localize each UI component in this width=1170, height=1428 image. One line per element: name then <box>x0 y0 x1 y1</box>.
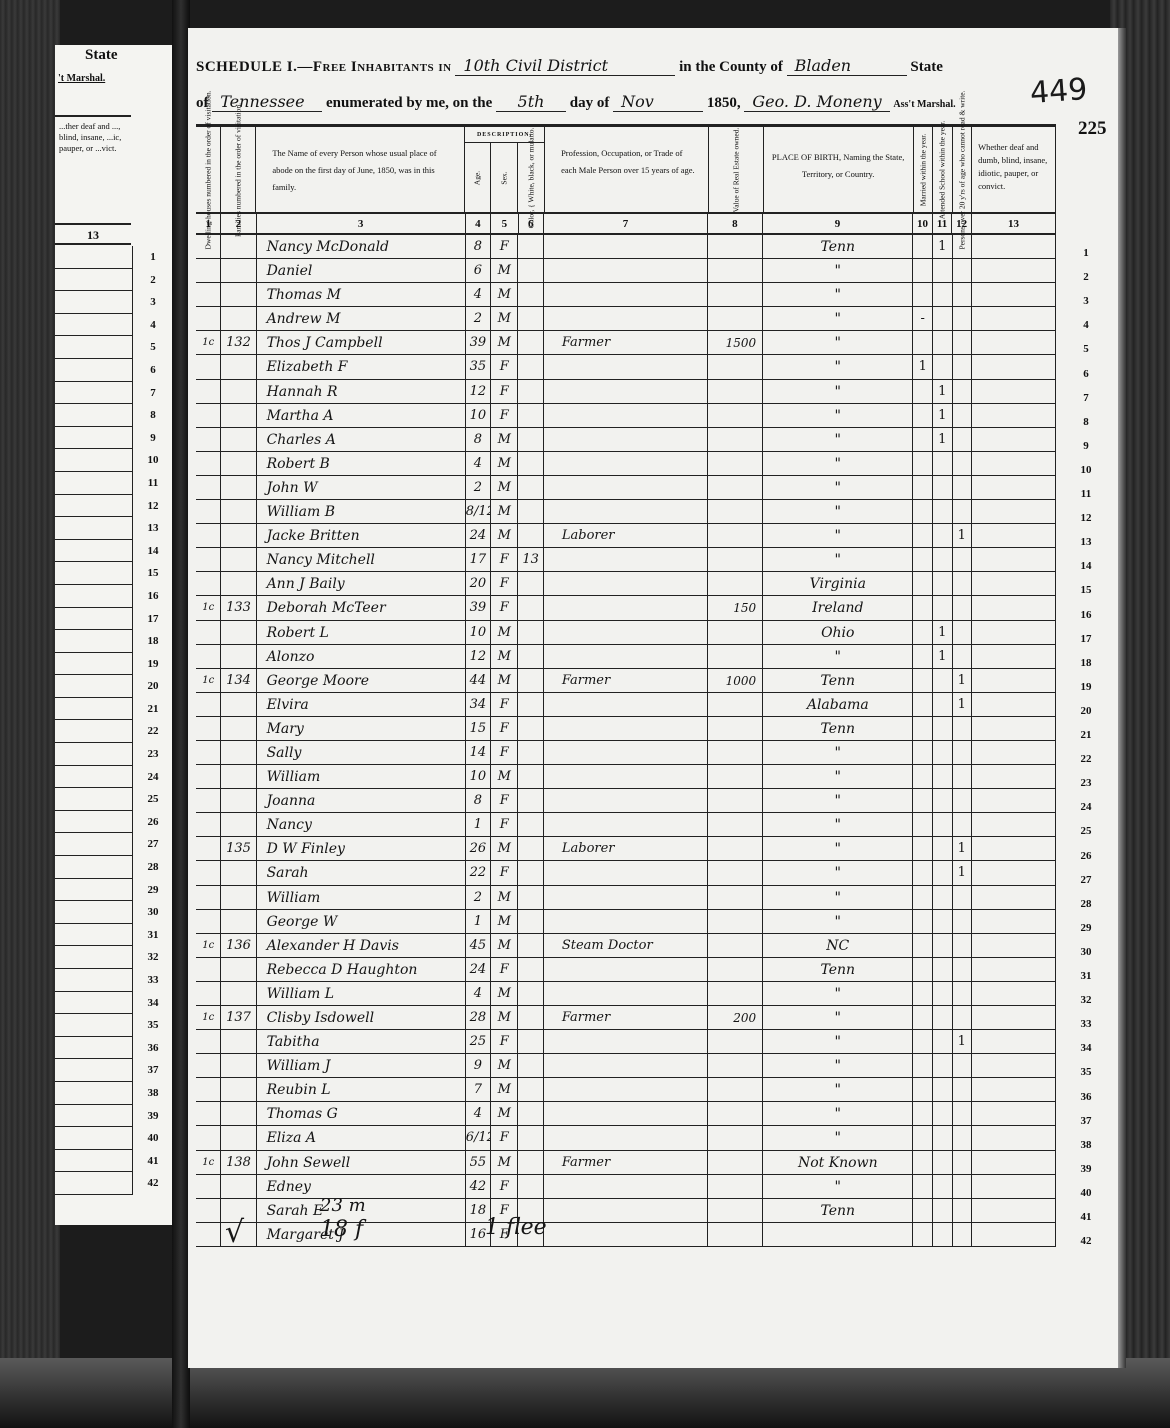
sex-cell: M <box>491 837 518 860</box>
schedule-label: SCHEDULE I.—Free Inhabitants in <box>196 59 452 75</box>
occupation-cell <box>544 380 708 403</box>
condition-cell <box>972 380 1056 403</box>
dwelling-cell <box>196 307 221 330</box>
year-label: 1850, <box>707 95 741 111</box>
line-number: 24 <box>1066 801 1106 813</box>
name-cell: George W <box>257 910 466 933</box>
fragment-row: 39 <box>55 1105 173 1128</box>
birthplace-cell: " <box>763 886 913 909</box>
fragment-row: 21 <box>55 698 173 721</box>
real-estate-cell <box>708 548 763 571</box>
day-of-label: day of <box>570 95 610 111</box>
real-estate-cell: 200 <box>708 1006 763 1029</box>
married-cell <box>913 524 933 547</box>
condition-cell <box>972 789 1056 812</box>
age-cell: 35 <box>466 355 491 378</box>
line-number: 7 <box>1066 392 1106 404</box>
occupation-cell <box>544 452 708 475</box>
occupation-cell <box>544 1102 708 1125</box>
table-row: Jacke Britten24MLaborer"1 <box>196 524 1056 548</box>
line-number: 21 <box>1066 729 1106 741</box>
column-group-description: DESCRIPTION. Age. Sex. Color, { White, b… <box>465 127 545 212</box>
married-cell <box>913 789 933 812</box>
illiterate-cell <box>953 1054 973 1077</box>
school-cell <box>933 958 953 981</box>
birthplace-cell: " <box>763 259 913 282</box>
fragment-line-number: 41 <box>133 1150 173 1173</box>
married-cell: - <box>913 307 933 330</box>
age-cell: 1 <box>466 813 491 836</box>
column-number: 4 <box>466 214 491 233</box>
line-number: 28 <box>1066 898 1106 910</box>
fragment-condition-cell <box>55 495 133 518</box>
age-cell: 44 <box>466 669 491 692</box>
fragment-line-number: 31 <box>133 924 173 947</box>
birthplace-cell: " <box>763 741 913 764</box>
fragment-line-number: 14 <box>133 540 173 563</box>
real-estate-cell: 150 <box>708 596 763 619</box>
age-cell: 1 <box>466 910 491 933</box>
age-cell: 4 <box>466 982 491 1005</box>
dwelling-cell: 1c <box>196 596 221 619</box>
condition-cell <box>972 910 1056 933</box>
color-cell <box>518 1078 543 1101</box>
line-number: 29 <box>1066 922 1106 934</box>
page-edge <box>1118 28 1126 1368</box>
illiterate-cell <box>953 789 973 812</box>
family-number-cell <box>221 476 256 499</box>
fragment-row: 13 <box>55 517 173 540</box>
table-row: Ann J Baily20FVirginia <box>196 572 1056 596</box>
condition-cell <box>972 621 1056 644</box>
line-number: 36 <box>1066 1091 1106 1103</box>
dwelling-cell <box>196 1054 221 1077</box>
family-number-cell <box>221 1078 256 1101</box>
fragment-row: 19 <box>55 653 173 676</box>
dwelling-cell: 1c <box>196 331 221 354</box>
column-header-married: Married within the year. <box>914 127 933 212</box>
line-number: 19 <box>1066 681 1106 693</box>
school-cell <box>933 548 953 571</box>
married-cell <box>913 765 933 788</box>
name-cell: William B <box>257 500 466 523</box>
birthplace-cell: " <box>763 500 913 523</box>
fragment-line-number: 25 <box>133 788 173 811</box>
sex-cell: F <box>491 741 518 764</box>
sex-cell: M <box>491 283 518 306</box>
school-cell <box>933 572 953 595</box>
column-header-birthplace: PLACE OF BIRTH, Naming the State, Territ… <box>764 127 914 212</box>
condition-cell <box>972 1054 1056 1077</box>
table-row: Martha A10F"1 <box>196 404 1056 428</box>
color-cell <box>518 331 543 354</box>
color-cell <box>518 259 543 282</box>
line-number: 6 <box>1066 368 1106 380</box>
header-line-2: of Tennessee enumerated by me, on the 5t… <box>196 92 956 112</box>
married-cell <box>913 476 933 499</box>
fragment-row: 35 <box>55 1014 173 1037</box>
school-cell <box>933 1151 953 1174</box>
table-row: Thomas M4M" <box>196 283 1056 307</box>
married-cell <box>913 283 933 306</box>
sex-cell: F <box>491 813 518 836</box>
fragment-row: 26 <box>55 811 173 834</box>
table-row: John W2M" <box>196 476 1056 500</box>
birthplace-cell: " <box>763 524 913 547</box>
family-number-cell <box>221 380 256 403</box>
age-cell: 10 <box>466 621 491 644</box>
state-label: State <box>910 59 943 75</box>
line-number: 5 <box>1066 343 1106 355</box>
fragment-condition-cell <box>55 1127 133 1150</box>
fragment-condition-cell <box>55 901 133 924</box>
table-row: William10M" <box>196 765 1056 789</box>
condition-cell <box>972 813 1056 836</box>
fragment-row: 8 <box>55 404 173 427</box>
table-row: Hannah R12F"1 <box>196 380 1056 404</box>
school-cell: 1 <box>933 645 953 668</box>
color-cell <box>518 837 543 860</box>
birthplace-cell: " <box>763 1054 913 1077</box>
line-number: 14 <box>1066 560 1106 572</box>
real-estate-cell <box>708 307 763 330</box>
occupation-cell <box>544 693 708 716</box>
fragment-line-number: 23 <box>133 743 173 766</box>
occupation-cell <box>544 765 708 788</box>
fragment-column-13-number: 13 <box>55 223 131 245</box>
occupation-cell <box>544 283 708 306</box>
fragment-condition-cell <box>55 924 133 947</box>
name-cell: Mary <box>257 717 466 740</box>
illiterate-cell <box>953 572 973 595</box>
family-number-cell: 135 <box>221 837 256 860</box>
name-cell: Sarah <box>257 861 466 884</box>
sex-cell: M <box>491 1078 518 1101</box>
family-number-cell <box>221 1102 256 1125</box>
line-number: 42 <box>1066 1235 1106 1247</box>
age-cell: 34 <box>466 693 491 716</box>
color-cell <box>518 1030 543 1053</box>
fragment-line-number: 27 <box>133 833 173 856</box>
age-cell: 2 <box>466 476 491 499</box>
dwelling-cell <box>196 404 221 427</box>
fragment-line-number: 4 <box>133 314 173 337</box>
column-header-color: Color, { White, black, or mulatto. <box>518 143 544 212</box>
illiterate-cell <box>953 813 973 836</box>
married-cell <box>913 428 933 451</box>
fragment-row: 14 <box>55 540 173 563</box>
real-estate-cell <box>708 861 763 884</box>
name-cell: John Sewell <box>257 1151 466 1174</box>
school-cell: 1 <box>933 235 953 258</box>
sex-cell: M <box>491 259 518 282</box>
fragment-condition-cell <box>55 1150 133 1173</box>
column-number: 7 <box>544 214 708 233</box>
school-cell <box>933 765 953 788</box>
color-cell <box>518 1151 543 1174</box>
birthplace-cell: " <box>763 331 913 354</box>
color-cell <box>518 621 543 644</box>
name-cell: Ann J Baily <box>257 572 466 595</box>
column-header-school: Attended School within the year. <box>933 127 952 212</box>
condition-cell <box>972 1078 1056 1101</box>
fragment-row: 32 <box>55 946 173 969</box>
occupation-cell <box>544 572 708 595</box>
illiterate-cell <box>953 1102 973 1125</box>
fragment-row: 41 <box>55 1150 173 1173</box>
occupation-cell <box>544 789 708 812</box>
line-number: 23 <box>1066 777 1106 789</box>
line-number: 41 <box>1066 1211 1106 1223</box>
condition-cell <box>972 283 1056 306</box>
condition-cell <box>972 404 1056 427</box>
line-number: 39 <box>1066 1163 1106 1175</box>
birthplace-cell: " <box>763 910 913 933</box>
occupation-cell <box>544 910 708 933</box>
occupation-cell <box>544 1078 708 1101</box>
school-cell <box>933 982 953 1005</box>
dwelling-cell <box>196 1199 221 1222</box>
illiterate-cell <box>953 307 973 330</box>
fragment-condition-cell <box>55 562 133 585</box>
married-cell <box>913 380 933 403</box>
fragment-row: 31 <box>55 924 173 947</box>
fragment-line-number: 40 <box>133 1127 173 1150</box>
name-cell: Robert L <box>257 621 466 644</box>
school-cell <box>933 452 953 475</box>
family-number-cell <box>221 910 256 933</box>
illiterate-cell <box>953 1078 973 1101</box>
illiterate-cell <box>953 958 973 981</box>
married-cell <box>913 1223 933 1246</box>
table-row: Mary15FTenn <box>196 717 1056 741</box>
sex-cell: F <box>491 1126 518 1149</box>
family-number-cell <box>221 813 256 836</box>
illiterate-cell: 1 <box>953 861 973 884</box>
dwelling-cell <box>196 1078 221 1101</box>
fragment-condition-cell <box>55 449 133 472</box>
dwelling-cell: 1c <box>196 669 221 692</box>
age-cell: 20 <box>466 572 491 595</box>
table-row: Thomas G4M" <box>196 1102 1056 1126</box>
sex-cell: F <box>491 235 518 258</box>
birthplace-cell: " <box>763 789 913 812</box>
column-header-dwelling: Dwelling-houses numbered in the order of… <box>196 127 221 212</box>
column-header-name: The Name of every Person whose usual pla… <box>256 127 465 212</box>
age-cell: 39 <box>466 596 491 619</box>
name-cell: William <box>257 886 466 909</box>
condition-cell <box>972 1102 1056 1125</box>
occupation-cell <box>544 1054 708 1077</box>
married-cell <box>913 1030 933 1053</box>
day-field: 5th <box>496 92 566 112</box>
birthplace-cell: " <box>763 982 913 1005</box>
school-cell: 1 <box>933 404 953 427</box>
fragment-row: 37 <box>55 1059 173 1082</box>
fragment-row: 15 <box>55 562 173 585</box>
color-cell <box>518 741 543 764</box>
fragment-line-number: 34 <box>133 992 173 1015</box>
birthplace-cell: Tenn <box>763 669 913 692</box>
condition-cell <box>972 235 1056 258</box>
age-cell: 9 <box>466 1054 491 1077</box>
line-number: 17 <box>1066 633 1106 645</box>
birthplace-cell: Tenn <box>763 717 913 740</box>
illiterate-cell <box>953 259 973 282</box>
illiterate-cell: 1 <box>953 1030 973 1053</box>
census-table: Dwelling-houses numbered in the order of… <box>196 124 1056 1247</box>
illiterate-cell <box>953 1151 973 1174</box>
header-line-1: SCHEDULE I.—Free Inhabitants in 10th Civ… <box>196 56 943 76</box>
married-cell <box>913 572 933 595</box>
fragment-condition-cell <box>55 856 133 879</box>
school-cell <box>933 1126 953 1149</box>
line-number: 30 <box>1066 946 1106 958</box>
table-row: Nancy Mitchell17F13" <box>196 548 1056 572</box>
dwelling-cell <box>196 861 221 884</box>
color-cell <box>518 886 543 909</box>
fragment-line-number: 24 <box>133 766 173 789</box>
sex-cell: M <box>491 1151 518 1174</box>
fragment-condition-cell <box>55 766 133 789</box>
dwelling-cell: 1c <box>196 1006 221 1029</box>
occupation-cell: Farmer <box>544 1006 708 1029</box>
occupation-cell <box>544 886 708 909</box>
name-cell: Tabitha <box>257 1030 466 1053</box>
table-row: William L4M" <box>196 982 1056 1006</box>
occupation-cell <box>544 621 708 644</box>
table-row: 1c138John Sewell55MFarmerNot Known <box>196 1151 1056 1175</box>
real-estate-cell <box>708 476 763 499</box>
real-estate-cell <box>708 837 763 860</box>
page-number: 225 <box>1078 118 1107 140</box>
table-row: 1c134George Moore44MFarmer1000Tenn1 <box>196 669 1056 693</box>
married-cell <box>913 404 933 427</box>
line-number: 27 <box>1066 874 1106 886</box>
county-field: Bladen <box>787 56 907 76</box>
condition-cell <box>972 741 1056 764</box>
line-number: 4 <box>1066 319 1106 331</box>
color-cell <box>518 982 543 1005</box>
fragment-line-number: 37 <box>133 1059 173 1082</box>
fragment-condition-cell <box>55 653 133 676</box>
color-cell: 13 <box>518 548 543 571</box>
line-number: 40 <box>1066 1187 1106 1199</box>
school-cell <box>933 524 953 547</box>
school-cell <box>933 476 953 499</box>
family-number-cell <box>221 1030 256 1053</box>
fragment-condition-cell <box>55 1082 133 1105</box>
real-estate-cell <box>708 789 763 812</box>
dwelling-cell <box>196 789 221 812</box>
fragment-row: 12 <box>55 495 173 518</box>
dwelling-cell <box>196 380 221 403</box>
line-number: 10 <box>1066 464 1106 476</box>
column-header-age: Age. <box>465 143 491 212</box>
fragment-condition-cell <box>55 946 133 969</box>
real-estate-cell <box>708 958 763 981</box>
line-number: 25 <box>1066 825 1106 837</box>
fragment-row: 11 <box>55 472 173 495</box>
column-header-illiterate: Persons over 20 y'rs of age who cannot r… <box>953 127 972 212</box>
married-cell <box>913 645 933 668</box>
real-estate-cell <box>708 1030 763 1053</box>
fragment-row: 4 <box>55 314 173 337</box>
married-cell: 1 <box>913 355 933 378</box>
married-cell <box>913 958 933 981</box>
fragment-condition-cell <box>55 788 133 811</box>
occupation-cell: Farmer <box>544 331 708 354</box>
color-cell <box>518 428 543 451</box>
name-cell: Thomas G <box>257 1102 466 1125</box>
table-body: Nancy McDonald8FTenn1Daniel6M"Thomas M4M… <box>196 235 1056 1247</box>
column-header-sex: Sex. <box>491 143 519 212</box>
age-cell: 8/12 <box>466 500 491 523</box>
line-number: 38 <box>1066 1139 1106 1151</box>
fragment-row: 30 <box>55 901 173 924</box>
real-estate-cell <box>708 380 763 403</box>
birthplace-cell: " <box>763 283 913 306</box>
real-estate-cell <box>708 283 763 306</box>
fragment-condition-cell <box>55 608 133 631</box>
handwritten-tally-notes: √ 23 m 18 f 1 flee <box>225 1195 825 1275</box>
name-cell: William J <box>257 1054 466 1077</box>
name-cell: Nancy McDonald <box>257 235 466 258</box>
condition-cell <box>972 645 1056 668</box>
line-number: 33 <box>1066 1018 1106 1030</box>
married-cell <box>913 1006 933 1029</box>
real-estate-cell <box>708 235 763 258</box>
illiterate-cell <box>953 717 973 740</box>
fragment-condition-cell <box>55 992 133 1015</box>
sex-cell: F <box>491 717 518 740</box>
name-cell: Alonzo <box>257 645 466 668</box>
check-mark-icon: √ <box>225 1215 244 1250</box>
sex-cell: M <box>491 307 518 330</box>
dwelling-cell <box>196 621 221 644</box>
fragment-condition-cell <box>55 1014 133 1037</box>
married-cell <box>913 548 933 571</box>
line-number: 11 <box>1066 488 1106 500</box>
name-cell: Nancy <box>257 813 466 836</box>
condition-cell <box>972 982 1056 1005</box>
illiterate-cell <box>953 331 973 354</box>
color-cell <box>518 500 543 523</box>
state-field: Tennessee <box>212 92 322 112</box>
fragment-condition-cell <box>55 1059 133 1082</box>
fragment-line-number: 28 <box>133 856 173 879</box>
color-cell <box>518 693 543 716</box>
illiterate-cell <box>953 741 973 764</box>
sex-cell: M <box>491 982 518 1005</box>
name-cell: D W Finley <box>257 837 466 860</box>
color-cell <box>518 1126 543 1149</box>
birthplace-cell: " <box>763 307 913 330</box>
fragment-line-number: 20 <box>133 675 173 698</box>
color-cell <box>518 717 543 740</box>
dwelling-cell <box>196 958 221 981</box>
table-row: Sarah22F"1 <box>196 861 1056 885</box>
dwelling-cell <box>196 717 221 740</box>
line-number: 18 <box>1066 657 1106 669</box>
age-cell: 17 <box>466 548 491 571</box>
birthplace-cell: " <box>763 1030 913 1053</box>
sex-cell: M <box>491 645 518 668</box>
age-cell: 12 <box>466 380 491 403</box>
real-estate-cell <box>708 765 763 788</box>
condition-cell <box>972 1199 1056 1222</box>
fragment-line-number: 22 <box>133 720 173 743</box>
